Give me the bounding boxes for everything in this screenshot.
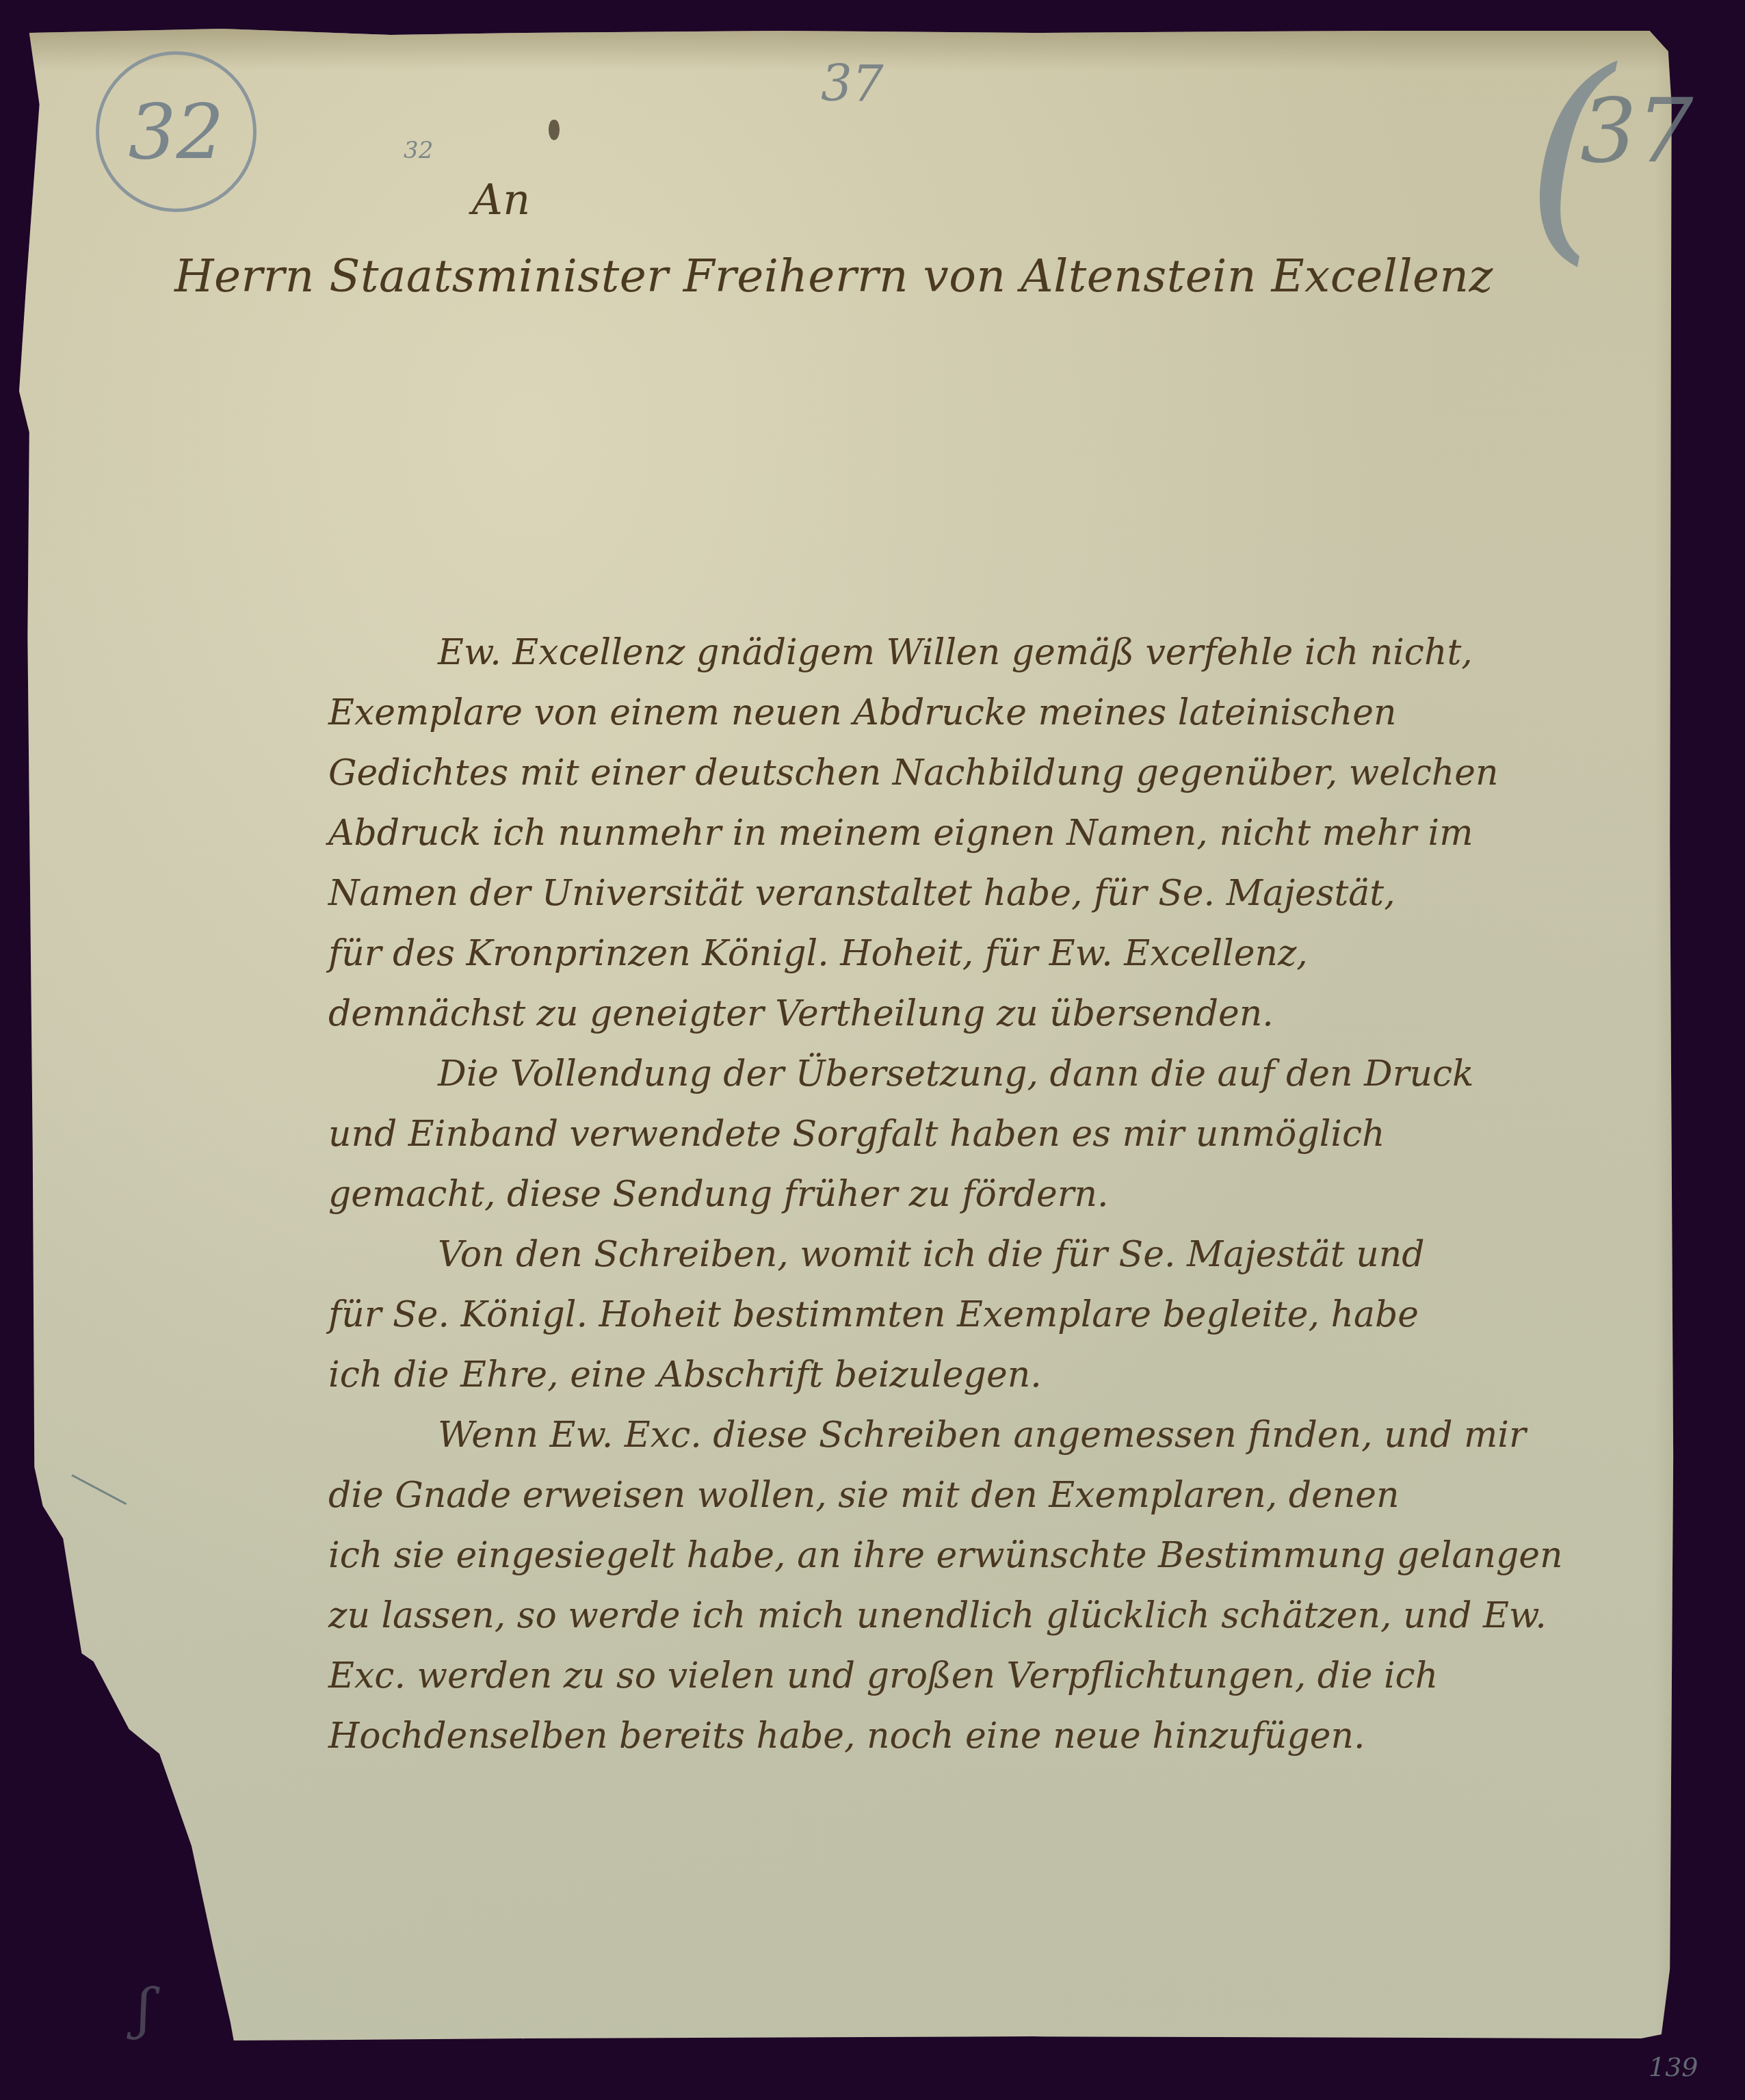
body-line: Wenn Ew. Exc. diese Schreiben angemessen…: [328, 1405, 1696, 1465]
body-line: Exemplare von einem neuen Abdrucke meine…: [328, 683, 1696, 743]
letter-body: Ew. Excellenz gnädigem Willen gemäß verf…: [328, 622, 1696, 1766]
body-line: ich die Ehre, eine Abschrift beizulegen.: [328, 1345, 1696, 1405]
body-line: Gedichtes mit einer deutschen Nachbildun…: [328, 743, 1696, 803]
body-line: Von den Schreiben, womit ich die für Se.…: [328, 1224, 1696, 1285]
body-line: zu lassen, so werde ich mich unendlich g…: [328, 1586, 1696, 1646]
body-line: und Einband verwendete Sorgfalt haben es…: [328, 1104, 1696, 1164]
body-line: Exc. werden zu so vielen und großen Verp…: [328, 1646, 1696, 1706]
top-right-folio-number: 37: [1580, 79, 1693, 183]
addressee-line: Herrn Staatsminister Freiherrn von Alten…: [174, 250, 1493, 302]
body-line: ich sie eingesiegelt habe, an ihre erwün…: [328, 1525, 1696, 1586]
small-archive-number: 32: [404, 137, 433, 164]
bottom-right-page-number: 139: [1649, 2052, 1698, 2082]
ink-blot: [549, 120, 560, 140]
body-line: demnächst zu geneigter Vertheilung zu üb…: [328, 984, 1696, 1044]
body-line: die Gnade erweisen wollen, sie mit den E…: [328, 1465, 1696, 1525]
top-center-folio-number: 37: [821, 55, 884, 112]
body-line: für Se. Königl. Hoheit bestimmten Exempl…: [328, 1285, 1696, 1345]
bottom-left-pencil-mark: ʃ: [137, 1977, 152, 2040]
circled-number-text: 32: [129, 88, 224, 176]
body-line: gemacht, diese Sendung früher zu fördern…: [328, 1164, 1696, 1224]
body-line: Abdruck ich nunmehr in meinem eignen Nam…: [328, 803, 1696, 863]
body-line: Namen der Universität veranstaltet habe,…: [328, 863, 1696, 923]
body-line: für des Kronprinzen Königl. Hoheit, für …: [328, 923, 1696, 984]
circled-archive-number: 32: [96, 51, 257, 212]
body-line: Ew. Excellenz gnädigem Willen gemäß verf…: [328, 622, 1696, 683]
body-line: Hochdenselben bereits habe, noch eine ne…: [328, 1706, 1696, 1766]
document-scan: 32 32 37 ( 37 139 ʃ An Herrn Staatsminis…: [0, 0, 1745, 2100]
salutation: An: [472, 174, 531, 224]
body-line: Die Vollendung der Übersetzung, dann die…: [328, 1044, 1696, 1104]
